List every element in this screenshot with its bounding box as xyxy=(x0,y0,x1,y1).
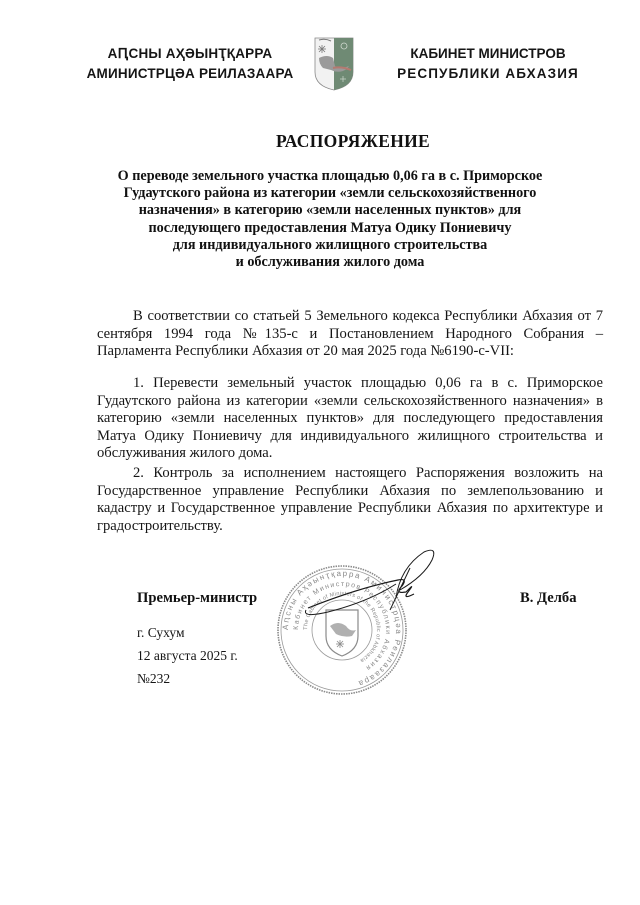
preamble-section: В соответствии со статьей 5 Земельного к… xyxy=(97,308,603,361)
header-right-line2: РЕСПУБЛИКИ АБХАЗИЯ xyxy=(388,64,588,84)
header-right-line1: КАБИНЕТ МИНИСТРОВ xyxy=(388,44,588,64)
subject-line: Гудаутского района из категории «земли с… xyxy=(110,185,550,202)
signatory-name: В. Делба xyxy=(520,590,577,607)
document-type-title: РАСПОРЯЖЕНИЕ xyxy=(0,131,640,152)
handwritten-signature-icon xyxy=(298,548,448,628)
header-left-line1: АԤСНЫ АҲӘЫНҬҚАРРА xyxy=(76,44,304,64)
subject-line: последующего предоставления Матуа Одику … xyxy=(110,220,550,237)
subject-line: назначения» в категорию «земли населенны… xyxy=(110,202,550,219)
subject-line: и обслуживания жилого дома xyxy=(110,254,550,271)
decree-item-1: 1. Перевести земельный участок площадью … xyxy=(97,375,603,463)
document-number: №232 xyxy=(137,671,170,687)
decree-item-2: 2. Контроль за исполнением настоящего Ра… xyxy=(97,465,603,535)
coat-of-arms-icon xyxy=(313,36,355,92)
document-subject: О переводе земельного участка площадью 0… xyxy=(110,168,550,271)
header-left-line2: АМИНИСТРЦӘА РЕИЛАЗААРА xyxy=(76,64,304,84)
preamble-paragraph: В соответствии со статьей 5 Земельного к… xyxy=(97,308,603,361)
header-left-abkhaz: АԤСНЫ АҲӘЫНҬҚАРРА АМИНИСТРЦӘА РЕИЛАЗААРА xyxy=(76,44,304,84)
decree-item-paragraph: 1. Перевести земельный участок площадью … xyxy=(97,375,603,463)
decree-item-paragraph: 2. Контроль за исполнением настоящего Ра… xyxy=(97,465,603,535)
subject-line: О переводе земельного участка площадью 0… xyxy=(110,168,550,185)
signatory-position: Премьер-министр xyxy=(137,590,257,607)
issue-date: 12 августа 2025 г. xyxy=(137,648,238,664)
header-right-russian: КАБИНЕТ МИНИСТРОВ РЕСПУБЛИКИ АБХАЗИЯ xyxy=(388,44,588,84)
subject-line: для индивидуального жилищного строительс… xyxy=(110,237,550,254)
issue-city: г. Сухум xyxy=(137,625,185,641)
document-page: АԤСНЫ АҲӘЫНҬҚАРРА АМИНИСТРЦӘА РЕИЛАЗААРА… xyxy=(0,0,640,905)
